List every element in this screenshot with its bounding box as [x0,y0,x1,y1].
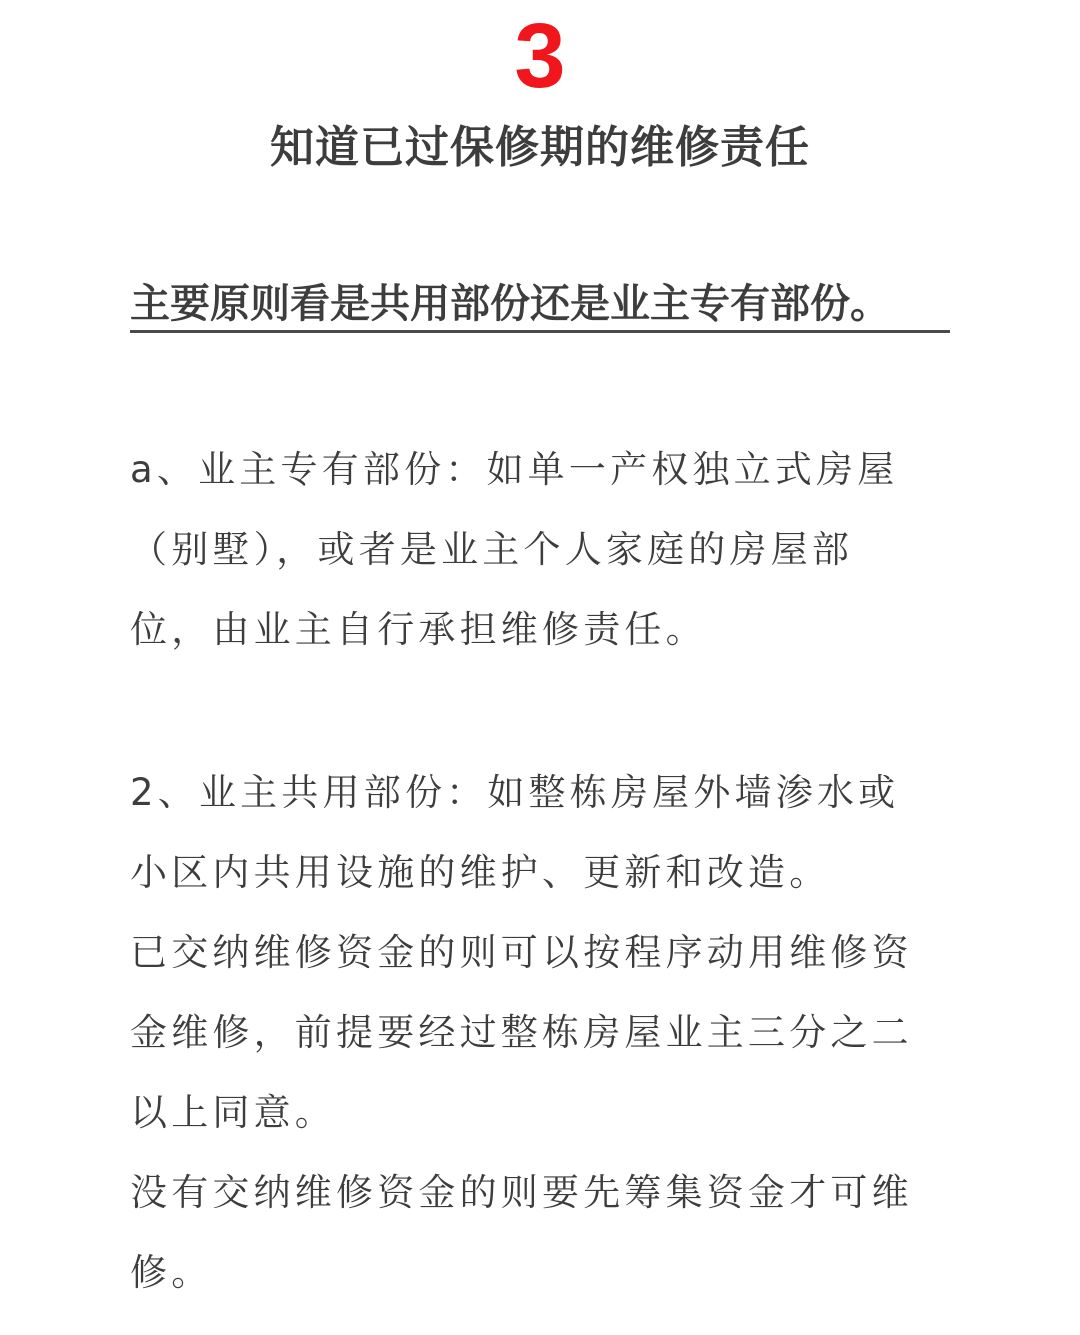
section-title: 知道已过保修期的维修责任 [0,118,1080,178]
paragraph-shared-parts: 2、业主共用部份：如整栋房屋外墙渗水或 小区内共用设施的维护、更新和改造。 已交… [130,753,950,1313]
text-line: 修。 [130,1233,950,1313]
text-line: 小区内共用设施的维护、更新和改造。 [130,833,950,913]
text-line: a、业主专有部份：如单一产权独立式房屋 [130,430,950,510]
text-line: 以上同意。 [130,1073,950,1153]
text-line: （别墅），或者是业主个人家庭的房屋部 [130,510,950,590]
text-line: 没有交纳维修资金的则要先筹集资金才可维 [130,1153,950,1233]
text-line: 金维修，前提要经过整栋房屋业主三分之二 [130,993,950,1073]
main-principle-underlined: 主要原则看是共用部份还是业主专有部份。 [130,278,950,333]
text-line: 位，由业主自行承担维修责任。 [130,590,950,670]
paragraph-exclusive-parts: a、业主专有部份：如单一产权独立式房屋 （别墅），或者是业主个人家庭的房屋部 位… [130,430,950,670]
text-line: 已交纳维修资金的则可以按程序动用维修资 [130,913,950,993]
text-line: 2、业主共用部份：如整栋房屋外墙渗水或 [130,753,950,833]
section-number: 3 [0,6,1080,106]
